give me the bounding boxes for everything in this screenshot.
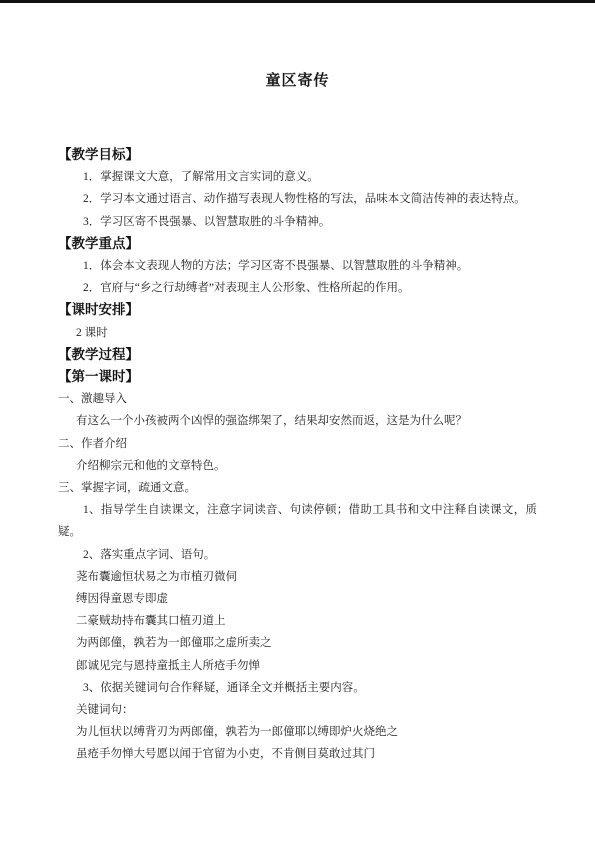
doc-line: 【教学重点】 — [58, 233, 537, 255]
doc-line: 一、激趣导入 — [58, 388, 537, 410]
doc-line: 三、掌握字词，疏通文意。 — [58, 477, 537, 499]
doc-line: 荛布囊逾恒状易之为市植刃微伺 — [58, 566, 537, 588]
doc-line: 有这么一个小孩被两个凶悍的强盗绑架了，结果却安然而返，这是为什么呢？ — [58, 410, 537, 432]
doc-line: 1．体会本文表现人物的方法；学习区寄不畏强暴、以智慧取胜的斗争精神。 — [58, 255, 537, 277]
doc-line: 2、落实重点字词、语句。 — [58, 544, 537, 566]
doc-line: 为两郎僮，孰若为一郎僮耶之虚所卖之 — [58, 632, 537, 654]
doc-line: 关键词句： — [58, 699, 537, 721]
doc-line: 1、指导学生自读课文，注意字词读音、句读停顿；借助工具书和文中注释自读课文，质疑… — [58, 499, 537, 543]
doc-line: 2．官府与“乡之行劫缚者”对表现主人公形象、性格所起的作用。 — [58, 277, 537, 299]
doc-line: 【第一课时】 — [58, 366, 537, 388]
doc-line: 二豪贼劫持布囊其口植刃道上 — [58, 610, 537, 632]
doc-line: 虽疮手勿惮大号愿以闻于官留为小吏，不肯侧目莫敢过其门 — [58, 743, 537, 765]
doc-line: 郎诚见完与恩持童抵主人所疮手勿惮 — [58, 655, 537, 677]
doc-body: 【教学目标】1．掌握课文大意，了解常用文言实词的意义。2．学习本文通过语言、动作… — [58, 144, 537, 766]
doc-line: 3．学习区寄不畏强暴、以智慧取胜的斗争精神。 — [58, 211, 537, 233]
doc-line: 缚因得童恩专即虚 — [58, 588, 537, 610]
document-title: 童区寄传 — [0, 0, 595, 90]
doc-line: 1．掌握课文大意，了解常用文言实词的意义。 — [58, 166, 537, 188]
doc-line: 【教学过程】 — [58, 344, 537, 366]
doc-line: 【教学目标】 — [58, 144, 537, 166]
doc-line: 3、依据关键词句合作释疑，通译全文并概括主要内容。 — [58, 677, 537, 699]
doc-line: 2．学习本文通过语言、动作描写表现人物性格的写法，品味本文简洁传神的表达特点。 — [58, 188, 537, 210]
doc-line: 介绍柳宗元和他的文章特色。 — [58, 455, 537, 477]
doc-line: 2 课时 — [58, 322, 537, 344]
doc-line: 为儿恒状以缚背刃为两郎僮，孰若为一郎僮耶以缚即炉火烧绝之 — [58, 721, 537, 743]
page-top-border — [0, 0, 595, 3]
doc-line: 【课时安排】 — [58, 299, 537, 321]
document-page: 童区寄传 【教学目标】1．掌握课文大意，了解常用文言实词的意义。2．学习本文通过… — [0, 0, 595, 841]
doc-line: 二、作者介绍 — [58, 433, 537, 455]
